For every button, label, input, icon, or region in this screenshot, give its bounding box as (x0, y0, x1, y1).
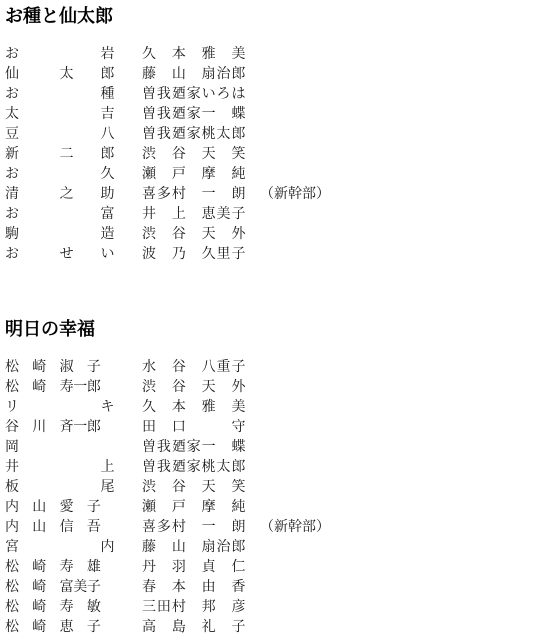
char-cell (187, 207, 201, 222)
char-cell (60, 480, 74, 495)
char-cell (46, 600, 60, 615)
char-cell (87, 167, 101, 182)
char-cell (187, 520, 201, 535)
role-name: お種 (5, 87, 114, 102)
char-cell: お (5, 207, 19, 222)
char-cell (60, 87, 74, 102)
char-cell: 曽 (142, 440, 156, 455)
char-cell: 雄 (87, 560, 101, 575)
char-cell (217, 400, 231, 415)
char-cell: せ (60, 247, 74, 262)
char-cell (46, 520, 60, 535)
actor-name: 曽我廼家いろは (142, 87, 245, 102)
char-cell (87, 247, 101, 262)
char-cell: 羽 (172, 560, 186, 575)
cast-list-document: お種と仙太郎 お岩久本雅美仙太郎藤山扇治郎お種曽我廼家いろは太吉曽我廼家一蝶豆八… (0, 0, 554, 637)
char-cell (217, 480, 231, 495)
char-cell: 本 (172, 47, 186, 62)
char-cell: お (5, 247, 19, 262)
char-cell (60, 540, 74, 555)
char-cell (187, 600, 201, 615)
char-cell (60, 47, 74, 62)
char-cell: 種 (100, 87, 114, 102)
char-cell (73, 187, 87, 202)
char-cell: 一 (202, 440, 216, 455)
char-cell: 外 (231, 380, 245, 395)
char-cell: 本 (172, 400, 186, 415)
char-cell: 渋 (142, 147, 156, 162)
cast-row: お種曽我廼家いろは (5, 84, 554, 104)
char-cell (217, 167, 231, 182)
cast-row: おせい波乃久里子 (5, 244, 554, 264)
char-cell: 我 (157, 440, 171, 455)
actor-name: 久本雅美 (142, 400, 245, 415)
char-cell (19, 420, 33, 435)
char-cell (100, 560, 114, 575)
play-title: 明日の幸福 (5, 318, 554, 342)
char-cell: 扇 (202, 67, 216, 82)
char-cell: 三 (142, 600, 156, 615)
cast-row: 内山愛子瀬戸摩純 (5, 497, 554, 517)
char-cell: 高 (142, 620, 156, 635)
char-cell: 之 (60, 187, 74, 202)
cast-row: 井上曽我廼家桃太郎 (5, 457, 554, 477)
char-cell: 郎 (231, 460, 245, 475)
cast-note: （新幹部） (260, 187, 330, 202)
char-cell: 戸 (172, 167, 186, 182)
char-cell: 松 (5, 380, 19, 395)
char-cell (217, 187, 231, 202)
cast-row: 岡曽我廼家一蝶 (5, 437, 554, 457)
char-cell: 貞 (202, 560, 216, 575)
char-cell (87, 460, 101, 475)
char-cell: 岡 (5, 440, 19, 455)
char-cell: 香 (231, 580, 245, 595)
char-cell (19, 187, 33, 202)
char-cell: 藤 (142, 67, 156, 82)
char-cell (32, 480, 46, 495)
char-cell (19, 480, 33, 495)
role-name: お久 (5, 167, 114, 182)
char-cell: 曽 (142, 87, 156, 102)
role-name: 板尾 (5, 480, 114, 495)
char-cell: 蝶 (231, 440, 245, 455)
char-cell: 喜 (142, 187, 156, 202)
char-cell (32, 67, 46, 82)
cast-row: 松崎寿敏三田村邦彦 (5, 597, 554, 617)
char-cell: 子 (87, 500, 101, 515)
char-cell: 一 (202, 187, 216, 202)
char-cell (187, 227, 201, 242)
char-cell: 郎 (87, 380, 101, 395)
char-cell: 美 (217, 207, 231, 222)
char-cell: 久 (202, 247, 216, 262)
char-cell (87, 87, 101, 102)
char-cell (73, 620, 87, 635)
char-cell (46, 147, 60, 162)
char-cell: 松 (5, 360, 19, 375)
char-cell: 朗 (231, 520, 245, 535)
char-cell: 廼 (172, 87, 186, 102)
char-cell: 渋 (142, 380, 156, 395)
char-cell: 天 (202, 227, 216, 242)
char-cell: 外 (231, 227, 245, 242)
char-cell: 谷 (172, 380, 186, 395)
char-cell (46, 67, 60, 82)
char-cell (19, 580, 33, 595)
char-cell: 水 (142, 360, 156, 375)
char-cell: 崎 (32, 620, 46, 635)
char-cell: 板 (5, 480, 19, 495)
char-cell (32, 127, 46, 142)
char-cell (87, 127, 101, 142)
cast-row: 松崎恵子高島礼子 (5, 617, 554, 637)
char-cell: 子 (231, 360, 245, 375)
char-cell: 八 (100, 127, 114, 142)
char-cell: 谷 (172, 360, 186, 375)
char-cell (32, 47, 46, 62)
actor-name: 曽我廼家一蝶 (142, 440, 245, 455)
char-cell: 愛 (60, 500, 74, 515)
role-name: 仙太郎 (5, 67, 114, 82)
char-cell (217, 47, 231, 62)
char-cell: 寿 (60, 380, 74, 395)
char-cell (19, 147, 33, 162)
char-cell (217, 440, 231, 455)
actor-name: 渋谷天笑 (142, 147, 245, 162)
char-cell (19, 620, 33, 635)
char-cell (19, 520, 33, 535)
char-cell (32, 207, 46, 222)
char-cell (87, 147, 101, 162)
actor-name: 久本雅美 (142, 47, 245, 62)
char-cell (60, 127, 74, 142)
char-cell (217, 380, 231, 395)
char-cell: 二 (60, 147, 74, 162)
char-cell (46, 187, 60, 202)
char-cell (19, 127, 33, 142)
char-cell: 摩 (202, 500, 216, 515)
char-cell: 守 (231, 420, 245, 435)
cast-row: お久瀬戸摩純 (5, 164, 554, 184)
char-cell: 蝶 (231, 107, 245, 122)
play-section-otane-to-sentaro: お種と仙太郎 お岩久本雅美仙太郎藤山扇治郎お種曽我廼家いろは太吉曽我廼家一蝶豆八… (5, 5, 554, 264)
cast-row: 新二郎渋谷天笑 (5, 144, 554, 164)
char-cell: 郎 (231, 67, 245, 82)
char-cell: 田 (142, 420, 156, 435)
char-cell: 田 (157, 600, 171, 615)
char-cell: 天 (202, 380, 216, 395)
char-cell: 郎 (231, 540, 245, 555)
char-cell: 信 (60, 520, 74, 535)
char-cell (60, 227, 74, 242)
char-cell: 子 (231, 247, 245, 262)
char-cell: 美 (231, 400, 245, 415)
char-cell (217, 500, 231, 515)
char-cell (60, 167, 74, 182)
char-cell (187, 400, 201, 415)
cast-row: 駒造渋谷天外 (5, 224, 554, 244)
cast-row: 松崎寿一郎渋谷天外 (5, 377, 554, 397)
char-cell: 太 (5, 107, 19, 122)
char-cell: 吾 (87, 520, 101, 535)
char-cell: 家 (187, 87, 201, 102)
cast-row: 内山信吾喜多村一朗（新幹部） (5, 517, 554, 537)
char-cell: 家 (187, 107, 201, 122)
char-cell: は (231, 87, 245, 102)
char-cell (19, 460, 33, 475)
char-cell: 多 (157, 520, 171, 535)
char-cell: 山 (32, 500, 46, 515)
actor-name: 春本由香 (142, 580, 245, 595)
char-cell: 太 (60, 67, 74, 82)
char-cell (157, 67, 171, 82)
char-cell: 井 (142, 207, 156, 222)
char-cell: 子 (87, 360, 101, 375)
char-cell: 太 (217, 460, 231, 475)
char-cell (73, 167, 87, 182)
char-cell: 摩 (202, 167, 216, 182)
char-cell (157, 247, 171, 262)
role-name: お岩 (5, 47, 114, 62)
char-cell (217, 620, 231, 635)
char-cell (73, 147, 87, 162)
char-cell (187, 620, 201, 635)
char-cell: 彦 (231, 600, 245, 615)
char-cell: 太 (217, 127, 231, 142)
char-cell (46, 167, 60, 182)
role-name: 岡 (5, 440, 114, 455)
char-cell (187, 500, 201, 515)
char-cell: 子 (87, 620, 101, 635)
char-cell (157, 540, 171, 555)
char-cell: 富 (100, 207, 114, 222)
char-cell: 治 (217, 540, 231, 555)
char-cell: 富 (60, 580, 74, 595)
role-name: 谷川斉一郎 (5, 420, 114, 435)
char-cell: 喜 (142, 520, 156, 535)
char-cell: 廼 (172, 460, 186, 475)
char-cell: 仙 (5, 67, 19, 82)
char-cell (157, 500, 171, 515)
char-cell (32, 147, 46, 162)
char-cell (157, 167, 171, 182)
char-cell: 邦 (202, 600, 216, 615)
char-cell (46, 47, 60, 62)
char-cell (217, 107, 231, 122)
char-cell (187, 480, 201, 495)
role-name: 宮内 (5, 540, 114, 555)
char-cell (32, 540, 46, 555)
char-cell (100, 520, 114, 535)
char-cell (19, 560, 33, 575)
cast-row: 松崎寿雄丹羽貞仁 (5, 557, 554, 577)
char-cell: 一 (73, 380, 87, 395)
char-cell: 天 (202, 147, 216, 162)
char-cell (73, 460, 87, 475)
char-cell: 久 (142, 47, 156, 62)
char-cell (87, 540, 101, 555)
char-cell (157, 360, 171, 375)
char-cell (73, 47, 87, 62)
actor-name: 曽我廼家桃太郎 (142, 127, 245, 142)
char-cell (32, 187, 46, 202)
char-cell (21, 400, 35, 415)
char-cell (19, 600, 33, 615)
char-cell (157, 207, 171, 222)
char-cell (32, 87, 46, 102)
actor-name: 喜多村一朗 (142, 520, 245, 535)
char-cell: 敏 (87, 600, 101, 615)
role-name: 松崎寿雄 (5, 560, 114, 575)
char-cell (73, 360, 87, 375)
char-cell (187, 540, 201, 555)
char-cell (187, 67, 201, 82)
char-cell: 純 (231, 500, 245, 515)
char-cell: 由 (202, 580, 216, 595)
char-cell: 内 (100, 540, 114, 555)
role-name: リキ (5, 400, 114, 415)
char-cell: ろ (217, 87, 231, 102)
char-cell (19, 67, 33, 82)
char-cell: 我 (157, 460, 171, 475)
char-cell: 谷 (5, 420, 19, 435)
play-section-ashita-no-kofuku: 明日の幸福 松崎淑子水谷八重子松崎寿一郎渋谷天外リキ久本雅美谷川斉一郎田口守岡曽… (5, 318, 554, 637)
cast-row: 清之助喜多村一朗（新幹部） (5, 184, 554, 204)
char-cell (157, 420, 171, 435)
char-cell: 桃 (202, 460, 216, 475)
char-cell: 雅 (202, 400, 216, 415)
char-cell: 曽 (142, 107, 156, 122)
actor-name: 渋谷天外 (142, 227, 245, 242)
char-cell: 恵 (60, 620, 74, 635)
char-cell (187, 187, 201, 202)
char-cell (100, 600, 114, 615)
char-cell: 波 (142, 247, 156, 262)
char-cell (32, 227, 46, 242)
char-cell: 尾 (100, 480, 114, 495)
actor-name: 渋谷天笑 (142, 480, 245, 495)
char-cell (100, 620, 114, 635)
actor-name: 渋谷天外 (142, 380, 245, 395)
char-cell: 曽 (142, 460, 156, 475)
char-cell: 造 (100, 227, 114, 242)
char-cell (46, 107, 60, 122)
char-cell: 扇 (202, 540, 216, 555)
char-cell (217, 227, 231, 242)
char-cell (100, 360, 114, 375)
char-cell (157, 560, 171, 575)
char-cell (32, 247, 46, 262)
char-cell (73, 247, 87, 262)
role-name: おせい (5, 247, 114, 262)
char-cell (73, 560, 87, 575)
char-cell (202, 420, 216, 435)
char-cell: 谷 (172, 480, 186, 495)
char-cell (46, 560, 60, 575)
char-cell (157, 580, 171, 595)
char-cell: 天 (202, 480, 216, 495)
char-cell: 本 (172, 580, 186, 595)
char-cell: 内 (5, 500, 19, 515)
char-cell: お (5, 167, 19, 182)
actor-name: 丹羽貞仁 (142, 560, 245, 575)
char-cell (46, 380, 60, 395)
char-cell: 斉 (60, 420, 74, 435)
char-cell: 一 (202, 520, 216, 535)
char-cell (46, 620, 60, 635)
actor-name: 瀬戸摩純 (142, 167, 245, 182)
char-cell (19, 360, 33, 375)
cast-list: お岩久本雅美仙太郎藤山扇治郎お種曽我廼家いろは太吉曽我廼家一蝶豆八曽我廼家桃太郎… (5, 44, 554, 264)
char-cell (73, 600, 87, 615)
char-cell (69, 400, 83, 415)
char-cell: 戸 (172, 500, 186, 515)
char-cell: 子 (231, 207, 245, 222)
cast-row: 豆八曽我廼家桃太郎 (5, 124, 554, 144)
cast-row: 太吉曽我廼家一蝶 (5, 104, 554, 124)
char-cell (46, 580, 60, 595)
actor-name: 三田村邦彦 (142, 600, 245, 615)
role-name: 太吉 (5, 107, 114, 122)
char-cell: 廼 (172, 107, 186, 122)
role-name: 清之助 (5, 187, 114, 202)
char-cell (187, 47, 201, 62)
char-cell: 吉 (100, 107, 114, 122)
char-cell (19, 540, 33, 555)
role-name: 内山愛子 (5, 500, 114, 515)
char-cell: 谷 (172, 147, 186, 162)
char-cell: 美 (231, 47, 245, 62)
char-cell (187, 247, 201, 262)
char-cell (73, 227, 87, 242)
char-cell: 助 (100, 187, 114, 202)
char-cell (19, 107, 33, 122)
cast-row: 松崎富美子春本由香 (5, 577, 554, 597)
char-cell (73, 207, 87, 222)
char-cell: 我 (157, 107, 171, 122)
role-name: 松崎富美子 (5, 580, 114, 595)
role-name: 井上 (5, 460, 114, 475)
char-cell: 笑 (231, 147, 245, 162)
cast-row: お岩久本雅美 (5, 44, 554, 64)
char-cell: 郎 (231, 127, 245, 142)
char-cell: 春 (142, 580, 156, 595)
char-cell: 山 (32, 520, 46, 535)
char-cell: 雅 (202, 47, 216, 62)
char-cell: 郎 (100, 147, 114, 162)
char-cell (73, 500, 87, 515)
char-cell: リ (5, 400, 19, 415)
char-cell: 崎 (32, 560, 46, 575)
char-cell: 川 (32, 420, 46, 435)
char-cell: 一 (202, 107, 216, 122)
char-cell (187, 580, 201, 595)
actor-name: 高島礼子 (142, 620, 245, 635)
cast-row: 松崎淑子水谷八重子 (5, 357, 554, 377)
char-cell (60, 207, 74, 222)
char-cell: お (5, 87, 19, 102)
role-name: 松崎寿敏 (5, 600, 114, 615)
char-cell: 崎 (32, 380, 46, 395)
actor-name: 藤山扇治郎 (142, 540, 245, 555)
char-cell (157, 480, 171, 495)
char-cell: い (100, 247, 114, 262)
cast-row: お富井上恵美子 (5, 204, 554, 224)
char-cell (87, 480, 101, 495)
char-cell: 郎 (87, 420, 101, 435)
char-cell (60, 107, 74, 122)
